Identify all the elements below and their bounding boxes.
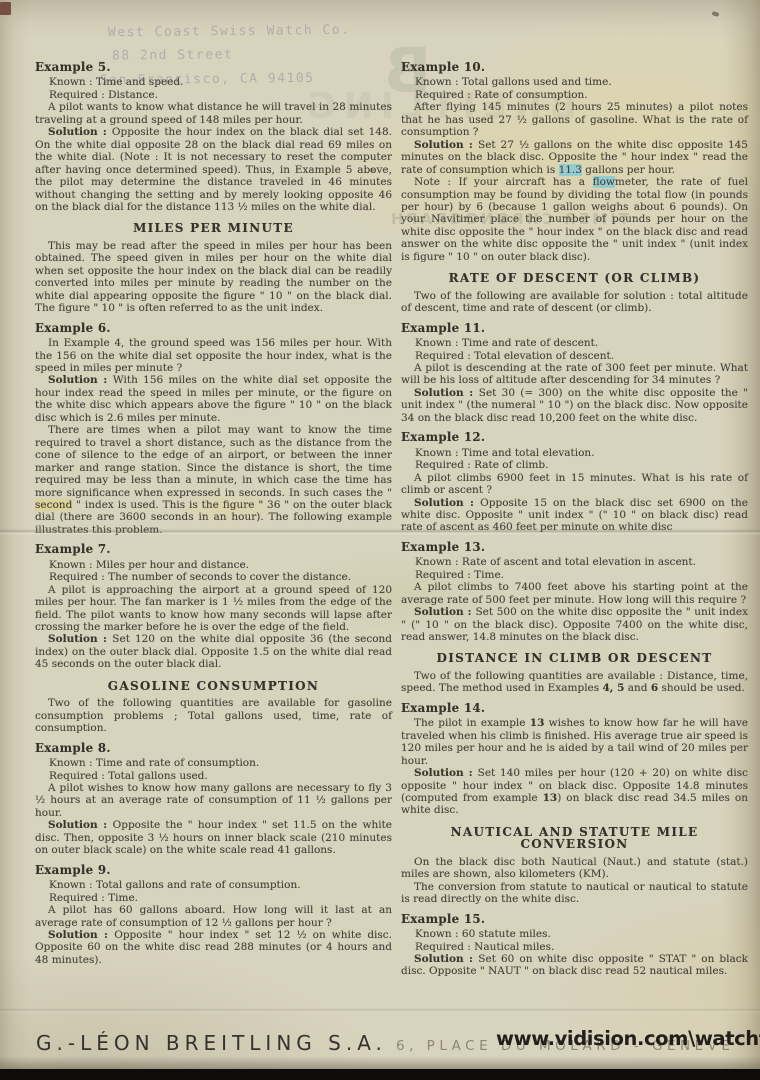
paragraph: Two of the following are available for s…: [401, 290, 748, 315]
text-segment: Required : Time.: [415, 569, 504, 581]
example-heading: Example 15.: [401, 913, 748, 925]
text-segment: A pilot wants to know what distance he w…: [35, 101, 392, 125]
example-heading: Example 8.: [35, 742, 392, 754]
paragraph: A pilot is approaching the airport at a …: [35, 584, 392, 634]
text-segment: Known : Time and rate of consumption.: [49, 757, 259, 769]
text-segment: Known : Time and speed.: [49, 76, 183, 88]
text-segment: MILES PER MINUTE: [133, 221, 294, 235]
paragraph: This may be read after the speed in mile…: [35, 240, 392, 315]
text-segment: Required : Rate of consumption.: [415, 89, 588, 101]
text-segment: Example 11.: [401, 321, 485, 335]
text-segment: Solution :: [414, 139, 478, 151]
text-segment: A pilot is approaching the airport at a …: [35, 584, 392, 633]
kv-line: Known : Miles per hour and distance.: [49, 559, 392, 571]
paragraph: Two of the following quantities are avai…: [35, 697, 392, 734]
text-segment: In Example 4, the ground speed was 156 m…: [35, 337, 392, 374]
kv-line: Known : 60 statute miles.: [415, 928, 748, 940]
example-heading: Example 7.: [35, 543, 392, 555]
text-segment: A pilot wishes to know how many gallons …: [35, 782, 392, 819]
paragraph: A pilot wishes to know how many gallons …: [35, 782, 392, 819]
paragraph: A pilot has 60 gallons aboard. How long …: [35, 904, 392, 929]
paragraph: Solution : Opposite the hour index on th…: [35, 126, 392, 213]
paragraph: Solution : Set 140 miles per hour (120 +…: [401, 767, 748, 817]
bleedthrough-stamp-line: West Coast Swiss Watch Co.: [108, 23, 351, 41]
text-segment: A pilot climbs to 7400 feet above his st…: [401, 581, 748, 605]
paragraph: Solution : Opposite " hour index " set 1…: [35, 929, 392, 966]
text-segment: A pilot is descending at the rate of 300…: [401, 362, 748, 386]
text-segment: A pilot climbs 6900 feet in 15 minutes. …: [401, 472, 748, 496]
text-segment: Known : Total gallons and rate of consum…: [49, 879, 301, 891]
kv-line: Required : The number of seconds to cove…: [49, 571, 392, 583]
kv-line: Required : Time.: [415, 569, 748, 581]
example-heading: Example 11.: [401, 322, 748, 334]
paragraph: Note : If your aircraft has a flowmeter,…: [401, 176, 748, 263]
text-segment: Known : Rate of ascent and total elevati…: [415, 556, 696, 568]
kv-line: Known : Time and rate of descent.: [415, 337, 748, 349]
text-segment: Example 10.: [401, 60, 485, 74]
text-segment: A pilot has 60 gallons aboard. How long …: [35, 904, 392, 928]
text-segment: GASOLINE CONSUMPTION: [108, 679, 319, 693]
text-segment: Two of the following quantities are avai…: [35, 697, 392, 734]
paragraph: Solution : Opposite the " hour index " s…: [35, 819, 392, 856]
kv-line: Required : Nautical miles.: [415, 941, 748, 953]
kv-line: Known : Time and speed.: [49, 76, 392, 88]
paragraph: On the black disc both Nautical (Naut.) …: [401, 856, 748, 881]
paragraph: Two of the following quantities are avai…: [401, 670, 748, 695]
paragraph: A pilot climbs to 7400 feet above his st…: [401, 581, 748, 606]
paragraph: The conversion from statute to nautical …: [401, 881, 748, 906]
kv-line: Known : Time and total elevation.: [415, 447, 748, 459]
paragraph: A pilot climbs 6900 feet in 15 minutes. …: [401, 472, 748, 497]
text-segment: Known : Time and total elevation.: [415, 447, 595, 459]
text-segment: Two of the following are available for s…: [401, 290, 748, 314]
text-segment: Required : Time.: [49, 892, 138, 904]
text-segment: Example 13.: [401, 540, 485, 554]
paragraph: Solution : Set 500 on the white disc opp…: [401, 606, 748, 643]
text-segment: On the black disc both Nautical (Naut.) …: [401, 856, 748, 880]
kv-line: Required : Rate of consumption.: [415, 89, 748, 101]
text-segment: Required : Total elevation of descent.: [415, 350, 614, 362]
scan-edge-band: [0, 1069, 760, 1080]
document-page: West Coast Swiss Watch Co. 88 2nd Street…: [0, 0, 760, 1080]
example-heading: Example 5.: [35, 61, 392, 73]
paragraph: Solution : With 156 miles on the white d…: [35, 374, 392, 424]
text-segment: Known : Miles per hour and distance.: [49, 559, 249, 571]
text-segment: Example 6.: [35, 321, 111, 335]
text-segment: Solution :: [48, 633, 112, 645]
kv-line: Known : Rate of ascent and total elevati…: [415, 556, 748, 568]
example-heading: Example 10.: [401, 61, 748, 73]
text-segment: 13: [530, 717, 545, 729]
text-segment: Example 9.: [35, 863, 111, 877]
text-segment: Example 8.: [35, 741, 111, 755]
section-heading: MILES PER MINUTE: [35, 222, 392, 234]
text-segment: Example 15.: [401, 912, 485, 926]
paragraph: The pilot in example 13 wishes to know h…: [401, 717, 748, 767]
footer-brand: G.-LÉON BREITLING S.A.: [36, 1031, 387, 1055]
kv-line: Required : Total gallons used.: [49, 770, 392, 782]
kv-line: Known : Total gallons and rate of consum…: [49, 879, 392, 891]
text-segment: second: [35, 499, 72, 511]
text-segment: Known : Total gallons used and time.: [415, 76, 612, 88]
text-segment: 13: [543, 792, 558, 804]
text-segment: Solution :: [48, 374, 113, 386]
paragraph: A pilot wants to know what distance he w…: [35, 101, 392, 126]
example-heading: Example 13.: [401, 541, 748, 553]
text-segment: Required : Rate of climb.: [415, 459, 548, 471]
text-segment: Required : Distance.: [49, 89, 158, 101]
text-segment: Solution :: [414, 953, 478, 965]
text-segment: Required : Nautical miles.: [415, 941, 554, 953]
paragraph: After flying 145 minutes (2 hours 25 min…: [401, 101, 748, 138]
ink-mark: [0, 2, 11, 15]
paragraph: Solution : Set 30 (= 300) on the white d…: [401, 387, 748, 424]
text-segment: Solution :: [48, 126, 112, 138]
text-segment: Solution :: [414, 497, 480, 509]
paragraph: In Example 4, the ground speed was 156 m…: [35, 337, 392, 374]
text-segment: Solution :: [48, 929, 114, 941]
watermark-text: www.vidision.com\watchfred: [496, 1027, 760, 1050]
page-edge-shadow: [0, 1056, 760, 1069]
text-segment: Solution :: [414, 767, 478, 779]
section-heading: NAUTICAL AND STATUTE MILE CONVERSION: [401, 826, 748, 851]
fold-crease: [0, 529, 760, 535]
paragraph: Solution : Set 27 ½ gallons on the white…: [401, 139, 748, 176]
right-column: Example 10.Known : Total gallons used an…: [401, 54, 748, 978]
text-segment: The pilot in example: [414, 717, 530, 729]
fold-crease: [0, 1008, 760, 1013]
text-segment: Example 7.: [35, 542, 111, 556]
example-heading: Example 6.: [35, 322, 392, 334]
paragraph: There are times when a pilot may want to…: [35, 424, 392, 536]
text-segment: gallons per hour.: [582, 164, 675, 176]
text-segment: Example 5.: [35, 60, 111, 74]
text-segment: 11.3: [559, 164, 582, 176]
text-segment: Example 12.: [401, 430, 485, 444]
paragraph: Solution : Set 120 on the white dial opp…: [35, 633, 392, 670]
text-segment: Solution :: [48, 819, 113, 831]
text-segment: Solution :: [414, 606, 475, 618]
text-segment: and: [624, 682, 650, 694]
text-segment: Example 14.: [401, 701, 485, 715]
paper-speck: [712, 11, 720, 17]
left-column: Example 5.Known : Time and speed.Require…: [35, 54, 392, 966]
section-heading: DISTANCE IN CLIMB OR DESCENT: [401, 652, 748, 664]
kv-line: Known : Total gallons used and time.: [415, 76, 748, 88]
text-segment: Note : If your aircraft has a: [414, 176, 593, 188]
section-heading: RATE OF DESCENT (OR CLIMB): [401, 272, 748, 284]
kv-line: Required : Time.: [49, 892, 392, 904]
paper-speck: [370, 168, 374, 172]
text-segment: Solution :: [414, 387, 479, 399]
text-segment: Known : 60 statute miles.: [415, 928, 551, 940]
text-segment: meter, the rate of fuel consumption may …: [401, 176, 748, 263]
text-segment: RATE OF DESCENT (OR CLIMB): [449, 271, 701, 285]
text-segment: NAUTICAL AND STATUTE MILE CONVERSION: [451, 825, 699, 851]
example-heading: Example 14.: [401, 702, 748, 714]
section-heading: GASOLINE CONSUMPTION: [35, 680, 392, 692]
kv-line: Required : Distance.: [49, 89, 392, 101]
paragraph: A pilot is descending at the rate of 300…: [401, 362, 748, 387]
text-segment: flow: [593, 176, 615, 188]
kv-line: Required : Rate of climb.: [415, 459, 748, 471]
text-segment: 4, 5: [603, 682, 625, 694]
paragraph: Solution : Set 60 on white disc opposite…: [401, 953, 748, 978]
example-heading: Example 12.: [401, 431, 748, 443]
text-segment: Required : Total gallons used.: [49, 770, 208, 782]
text-segment: This may be read after the speed in mile…: [35, 240, 392, 314]
text-segment: The conversion from statute to nautical …: [401, 881, 748, 905]
text-segment: Required : The number of seconds to cove…: [49, 571, 351, 583]
text-segment: should be used.: [658, 682, 745, 694]
text-segment: Known : Time and rate of descent.: [415, 337, 598, 349]
text-segment: After flying 145 minutes (2 hours 25 min…: [401, 101, 748, 138]
text-segment: DISTANCE IN CLIMB OR DESCENT: [437, 651, 713, 665]
kv-line: Known : Time and rate of consumption.: [49, 757, 392, 769]
text-segment: There are times when a pilot may want to…: [35, 424, 392, 498]
example-heading: Example 9.: [35, 864, 392, 876]
text-segment: Opposite the hour index on the black dia…: [35, 126, 392, 213]
kv-line: Required : Total elevation of descent.: [415, 350, 748, 362]
